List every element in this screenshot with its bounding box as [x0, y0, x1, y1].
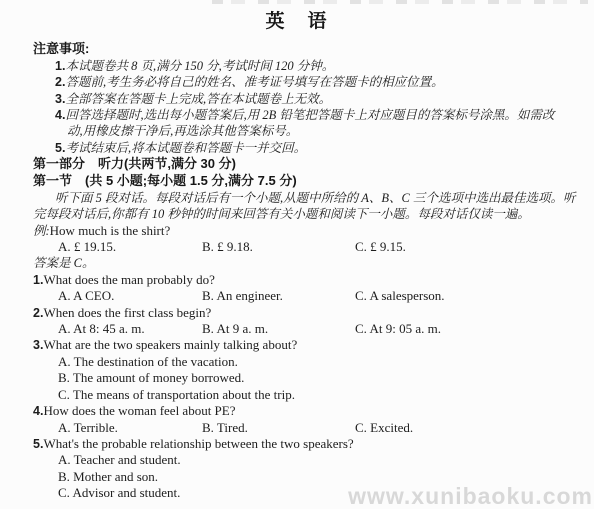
example-option-c: C. £ 9.15.: [355, 239, 578, 255]
notice-item-5: 5.考试结束后,将本试题卷和答题卡一并交回。: [33, 140, 578, 156]
part1-heading: 第一部分 听力(共两节,满分 30 分): [33, 156, 578, 173]
notice-item-text: 考试结束后,将本试题卷和答题卡一并交回。: [65, 141, 306, 155]
watermark-text: www.xunibaoku.com: [348, 485, 593, 508]
question-3-option-c: C. The means of transportation about the…: [33, 387, 578, 403]
option-a: A. A CEO.: [58, 288, 202, 304]
question-number: 5.: [33, 437, 43, 451]
question-1-options: A. A CEO. B. An engineer. C. A salespers…: [33, 288, 578, 304]
option-c: C. At 9: 05 a. m.: [355, 321, 578, 337]
part1-section-heading: 第一节 (共 5 小题;每小题 1.5 分,满分 7.5 分): [33, 173, 578, 190]
option-c: C. A salesperson.: [355, 288, 578, 304]
example-label: 例:: [33, 224, 50, 238]
question-5-option-a: A. Teacher and student.: [33, 452, 578, 468]
notice-item-1: 1.本试题卷共 8 页,满分 150 分,考试时间 120 分钟。: [33, 58, 578, 74]
listening-instructions-line-1: 听下面 5 段对话。每段对话后有一个小题,从题中所给的 A、B、C 三个选项中选…: [33, 190, 578, 206]
notice-item-2: 2.答题前,考生务必将自己的姓名、准考证号填写在答题卡的相应位置。: [33, 74, 578, 90]
notice-item-3: 3.全部答案在答题卡上完成,答在本试题卷上无效。: [33, 91, 578, 107]
option-a: A. At 8: 45 a. m.: [58, 321, 202, 337]
notice-item-4: 4.回答选择题时,选出每小题答案后,用 2B 铅笔把答题卡上对应题目的答案标号涂…: [33, 107, 578, 123]
question-3-option-a: A. The destination of the vacation.: [33, 354, 578, 370]
example-option-b: B. £ 9.18.: [202, 239, 355, 255]
example-options-row: A. £ 19.15. B. £ 9.18. C. £ 9.15.: [33, 239, 578, 255]
example-question-line: 例:How much is the shirt?: [33, 223, 578, 239]
example-question-text: How much is the shirt?: [50, 223, 171, 238]
question-text: What's the probable relationship between…: [43, 436, 353, 451]
option-a: A. Terrible.: [58, 420, 202, 436]
notice-item-number: 3.: [55, 92, 65, 106]
option-b: B. An engineer.: [202, 288, 355, 304]
question-text: When does the first class begin?: [43, 305, 211, 320]
notice-item-number: 1.: [55, 59, 65, 73]
question-3: 3.What are the two speakers mainly talki…: [33, 337, 578, 353]
question-3-option-b: B. The amount of money borrowed.: [33, 370, 578, 386]
notice-heading: 注意事项:: [33, 41, 578, 58]
option-b: B. At 9 a. m.: [202, 321, 355, 337]
notice-item-number: 5.: [55, 141, 65, 155]
question-text: What are the two speakers mainly talking…: [43, 337, 297, 352]
notice-item-4-continuation: 动,用橡皮擦干净后,再选涂其他答案标号。: [33, 123, 578, 139]
exam-paper-page: 英 语 注意事项: 1.本试题卷共 8 页,满分 150 分,考试时间 120 …: [0, 0, 594, 509]
notice-item-text: 本试题卷共 8 页,满分 150 分,考试时间 120 分钟。: [65, 59, 334, 73]
question-5: 5.What's the probable relationship betwe…: [33, 436, 578, 452]
example-answer-note: 答案是 C。: [33, 255, 578, 271]
question-number: 1.: [33, 273, 43, 287]
listening-instructions-line-2: 完每段对话后,你都有 10 秒钟的时间来回答有关小题和阅读下一小题。每段对话仅读…: [33, 206, 578, 222]
question-1: 1.What does the man probably do?: [33, 272, 578, 288]
option-c: C. Excited.: [355, 420, 578, 436]
option-b: B. Tired.: [202, 420, 355, 436]
question-number: 3.: [33, 338, 43, 352]
notice-item-text: 全部答案在答题卡上完成,答在本试题卷上无效。: [65, 92, 331, 106]
notice-item-number: 2.: [55, 75, 65, 89]
example-option-a: A. £ 19.15.: [58, 239, 202, 255]
notice-item-text: 动,用橡皮擦干净后,再选涂其他答案标号。: [67, 124, 298, 138]
paper-content: 注意事项: 1.本试题卷共 8 页,满分 150 分,考试时间 120 分钟。 …: [0, 41, 594, 502]
question-text: What does the man probably do?: [43, 272, 214, 287]
question-2: 2.When does the first class begin?: [33, 305, 578, 321]
question-text: How does the woman feel about PE?: [43, 403, 235, 418]
question-number: 2.: [33, 306, 43, 320]
notice-item-text: 答题前,考生务必将自己的姓名、准考证号填写在答题卡的相应位置。: [65, 75, 443, 89]
question-4-options: A. Terrible. B. Tired. C. Excited.: [33, 420, 578, 436]
notice-item-number: 4.: [55, 108, 65, 122]
notice-item-text: 回答选择题时,选出每小题答案后,用 2B 铅笔把答题卡上对应题目的答案标号涂黑。…: [65, 108, 554, 122]
page-title: 英 语: [0, 0, 594, 34]
question-number: 4.: [33, 404, 43, 418]
question-4: 4.How does the woman feel about PE?: [33, 403, 578, 419]
clipped-header-fragment: [212, 0, 588, 4]
question-2-options: A. At 8: 45 a. m. B. At 9 a. m. C. At 9:…: [33, 321, 578, 337]
